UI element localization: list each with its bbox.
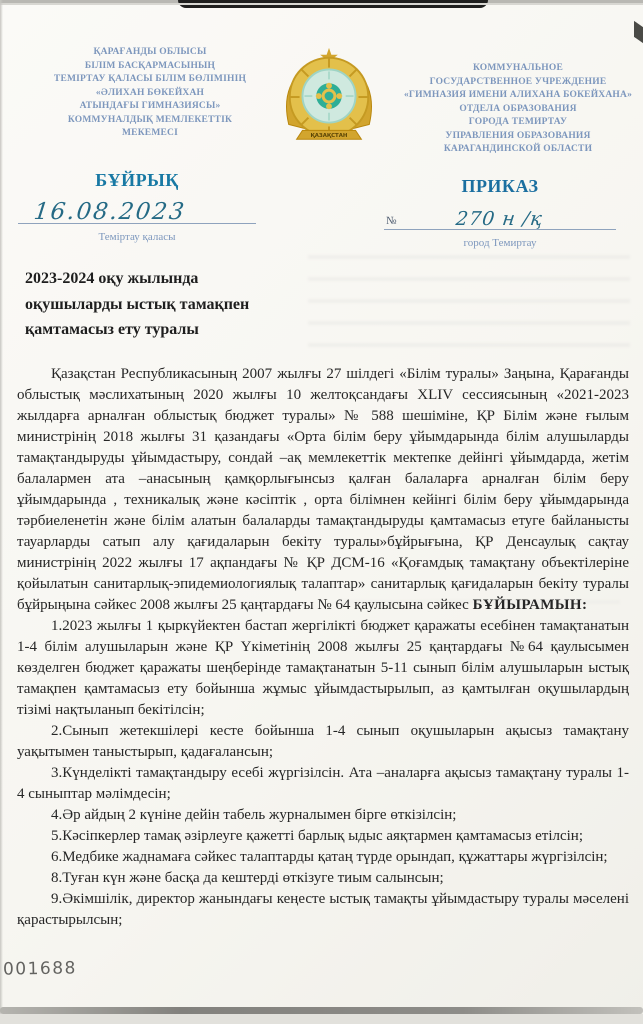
scan-edge-bottom	[0, 1007, 643, 1014]
order-item: 6.Медбике жаднамаға сәйкес талаптарды қа…	[17, 847, 629, 868]
document-title-line: оқушыларды ыстық тамақпен	[25, 292, 365, 318]
kazakhstan-emblem: ҚАЗАҚСТАН	[275, 44, 387, 157]
org-kk-line: МЕКЕМЕСІ	[30, 127, 270, 141]
scan-edge-bottom-fill	[0, 1014, 643, 1024]
preamble-paragraph: Қазақстан Республикасының 2007 жылғы 27 …	[17, 364, 629, 616]
order-city-ru: город Темиртау	[384, 237, 616, 249]
org-ru-line: «ГИМНАЗИЯ ИМЕНИ АЛИХАНА БОКЕЙХАНА»	[393, 89, 643, 103]
org-ru-line: УПРАВЛЕНИЯ ОБРАЗОВАНИЯ	[393, 130, 643, 144]
order-label-kk: БҰЙРЫҚ	[18, 170, 256, 191]
order-block-kazakh: БҰЙРЫҚ 16.08.2023 Теміртау қаласы	[18, 170, 256, 243]
order-item: 3.Күнделікті тамақтандыру есебі жүргізіл…	[17, 763, 629, 805]
org-name-kazakh: ҚАРАҒАНДЫ ОБЛЫСЫ БІЛІМ БАСҚАРМАСЫНЫҢ ТЕМ…	[30, 46, 270, 141]
emblem-banner-text: ҚАЗАҚСТАН	[311, 133, 348, 139]
document-title-line: 2023-2024 оқу жылында	[25, 266, 365, 292]
org-kk-line: БІЛІМ БАСҚАРМАСЫНЫҢ	[30, 60, 270, 74]
scan-edge-top-fade	[0, 3, 643, 5]
order-item: 9.Әкімшілік, директор жанындағы кеңесте …	[17, 889, 629, 931]
org-kk-line: КОММУНАЛДЫҚ МЕМЛЕКЕТТІК	[30, 114, 270, 128]
org-ru-line: ГОСУДАРСТВЕННОЕ УЧРЕЖДЕНИЕ	[393, 76, 643, 90]
document-body: Қазақстан Республикасының 2007 жылғы 27 …	[17, 364, 629, 931]
control-stamp-number: 001688	[3, 958, 77, 979]
org-ru-line: ОТДЕЛА ОБРАЗОВАНИЯ	[393, 103, 643, 117]
scanned-order-document: ҚАРАҒАНДЫ ОБЛЫСЫ БІЛІМ БАСҚАРМАСЫНЫҢ ТЕМ…	[0, 0, 643, 1024]
order-item: 2.Сынып жетекшілері кесте бойынша 1-4 сы…	[17, 721, 629, 763]
resolve-word: БҰЙЫРАМЫН:	[473, 597, 588, 613]
org-kk-line: ҚАРАҒАНДЫ ОБЛЫСЫ	[30, 46, 270, 60]
org-ru-line: ГОРОДА ТЕМИРТАУ	[393, 116, 643, 130]
scan-edge-right-mark	[634, 21, 643, 43]
org-kk-line: АТЫНДАҒЫ ГИМНАЗИЯСЫ»	[30, 100, 270, 114]
order-item: 8.Туған күн және басқа да кештерді өткіз…	[17, 868, 629, 889]
order-block-russian: ПРИКАЗ № 270 н /қ город Темиртау	[384, 176, 616, 249]
document-title: 2023-2024 оқу жылында оқушыларды ыстық т…	[25, 266, 365, 343]
date-signature-line: 16.08.2023	[18, 191, 256, 224]
order-item: 1.2023 жылғы 1 қыркүйектен бастап жергіл…	[17, 616, 629, 721]
org-ru-line: КАРАГАНДИНСКОЙ ОБЛАСТИ	[393, 143, 643, 157]
org-kk-line: «ӘЛИХАН БӨКЕЙХАН	[30, 87, 270, 101]
order-label-ru: ПРИКАЗ	[384, 176, 616, 197]
order-item: 4.Әр айдың 2 күніне дейін табель журналы…	[17, 805, 629, 826]
org-kk-line: ТЕМІРТАУ ҚАЛАСЫ БІЛІМ БӨЛІМІНІҢ	[30, 73, 270, 87]
order-city-kk: Теміртау қаласы	[18, 231, 256, 243]
document-title-line: қамтамасыз ету туралы	[25, 317, 365, 343]
order-number-prefix: №	[386, 215, 397, 227]
order-item: 5.Кәсіпкерлер тамақ әзірлеуге қажетті ба…	[17, 826, 629, 847]
order-date-handwritten: 16.08.2023	[32, 199, 187, 225]
org-ru-line: КОММУНАЛЬНОЕ	[393, 62, 643, 76]
org-name-russian: КОММУНАЛЬНОЕ ГОСУДАРСТВЕННОЕ УЧРЕЖДЕНИЕ …	[393, 62, 643, 157]
number-signature-line: № 270 н /қ	[384, 197, 616, 230]
document-header: ҚАРАҒАНДЫ ОБЛЫСЫ БІЛІМ БАСҚАРМАСЫНЫҢ ТЕМ…	[0, 46, 643, 157]
order-number-handwritten: 270 н /қ	[455, 208, 544, 230]
preamble-text: Қазақстан Республикасының 2007 жылғы 27 …	[17, 366, 629, 613]
